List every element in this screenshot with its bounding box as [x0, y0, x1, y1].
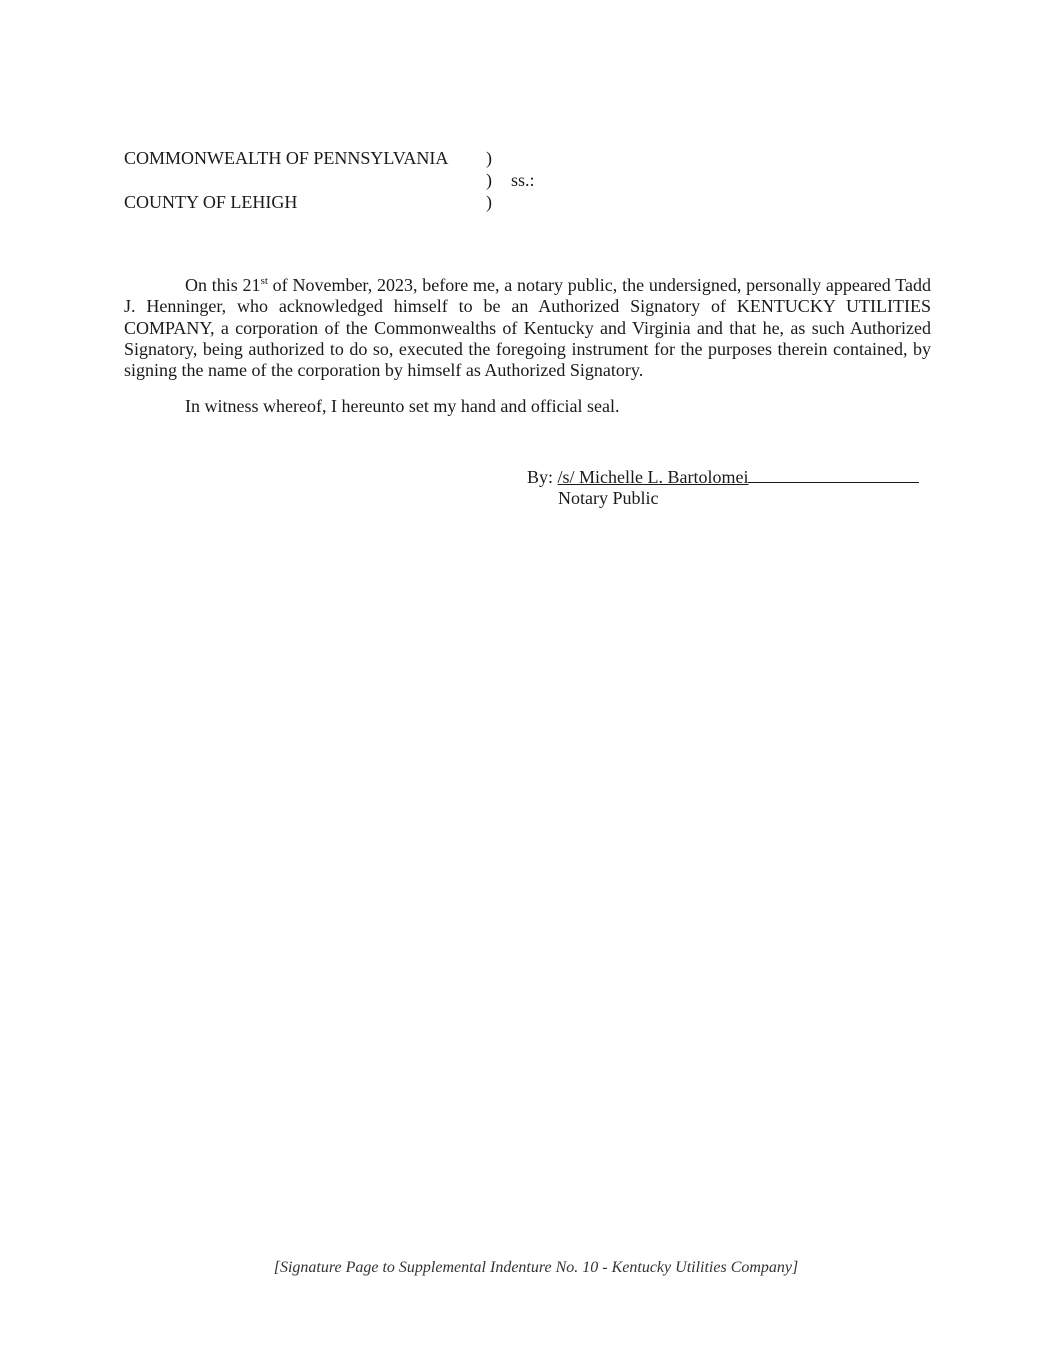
signature-by-label: By: — [527, 467, 558, 487]
acknowledgment-paragraph: On this 21st of November, 2023, before m… — [124, 275, 931, 381]
signature-title: Notary Public — [558, 487, 659, 509]
page-footer: [Signature Page to Supplemental Indentur… — [0, 1257, 1055, 1279]
acknowledgment-intro: On this 21 — [185, 275, 261, 295]
venue-paren-3: ) — [486, 191, 492, 213]
venue-paren-2: ) — [486, 169, 492, 191]
venue-paren-1: ) — [486, 147, 492, 169]
witness-paragraph: In witness whereof, I hereunto set my ha… — [124, 396, 931, 417]
signature-line: By: /s/ Michelle L. Bartolomei — [527, 465, 919, 488]
signature-name: /s/ Michelle L. Bartolomei — [558, 467, 749, 487]
ordinal-suffix: st — [261, 275, 268, 287]
venue-ss: ss.: — [511, 169, 535, 191]
signature-blank-line — [748, 465, 919, 483]
venue-county: COUNTY OF LEHIGH — [124, 191, 297, 213]
venue-state: COMMONWEALTH OF PENNSYLVANIA — [124, 147, 448, 169]
